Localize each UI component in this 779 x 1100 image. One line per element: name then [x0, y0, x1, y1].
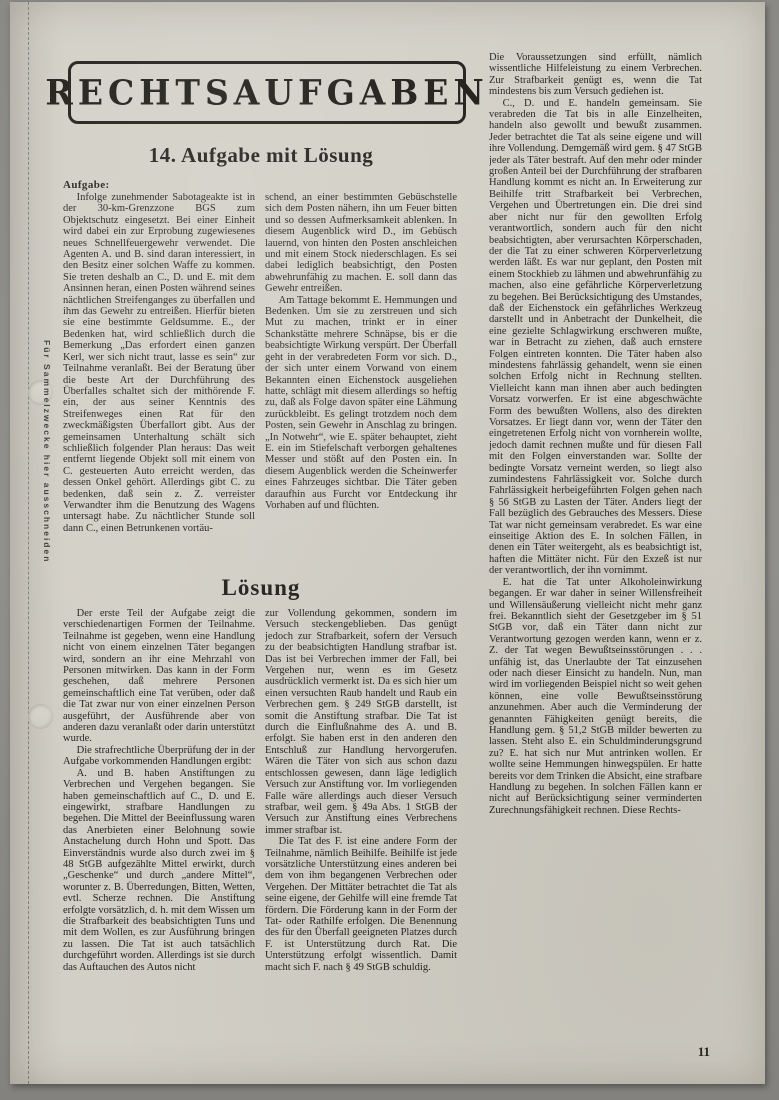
loesung-column-1: Der erste Teil der Aufgabe zeigt die ver… — [63, 608, 255, 1020]
margin-note-vertical: Für Sammelzwecke hier ausschneiden — [36, 340, 52, 660]
paragraph: schend, an einer bestimmten Gebüschstell… — [265, 192, 457, 295]
paragraph: A. und B. haben Anstiftungen zu Verbrech… — [63, 768, 255, 973]
paragraph: Am Tattage bekommt E. Hemmungen und Bede… — [265, 295, 457, 512]
paragraph: Die Voraussetzungen sind erfüllt, nämlic… — [489, 52, 702, 98]
paragraph: C., D. und E. handeln gemeinsam. Sie ver… — [489, 98, 702, 577]
paragraph: Die Tat des F. ist eine andere Form der … — [265, 836, 457, 973]
masthead-box: RECHTSAUFGABEN — [68, 61, 466, 124]
scanned-page-background: Für Sammelzwecke hier ausschneiden RECHT… — [0, 0, 779, 1100]
paragraph: zur Vollendung gekommen, sondern im Vers… — [265, 608, 457, 836]
masthead-title: RECHTSAUFGABEN — [45, 72, 488, 113]
paragraph: Infolge zunehmender Sabotageakte ist in … — [63, 192, 255, 534]
section-title: 14. Aufgabe mit Lösung — [63, 143, 459, 168]
loesung-title: Lösung — [63, 575, 459, 601]
aufgabe-column-2: schend, an einer bestimmten Gebüschstell… — [265, 192, 457, 576]
loesung-column-3: Die Voraussetzungen sind erfüllt, nämlic… — [489, 52, 702, 1018]
loesung-column-2: zur Vollendung gekommen, sondern im Vers… — [265, 608, 457, 1020]
paragraph: E. hat die Tat unter Alkoholeinwirkung b… — [489, 577, 702, 817]
aufgabe-label: Aufgabe: — [63, 179, 110, 191]
punch-hole-bottom — [28, 704, 53, 729]
magazine-page: Für Sammelzwecke hier ausschneiden RECHT… — [10, 2, 765, 1084]
cut-here-dashed-line — [28, 2, 29, 1084]
paragraph: Der erste Teil der Aufgabe zeigt die ver… — [63, 608, 255, 745]
paragraph: Die strafrechtliche Überprüfung der in d… — [63, 745, 255, 768]
aufgabe-column-1: Infolge zunehmender Sabotageakte ist in … — [63, 192, 255, 584]
page-number: 11 — [670, 1044, 710, 1060]
